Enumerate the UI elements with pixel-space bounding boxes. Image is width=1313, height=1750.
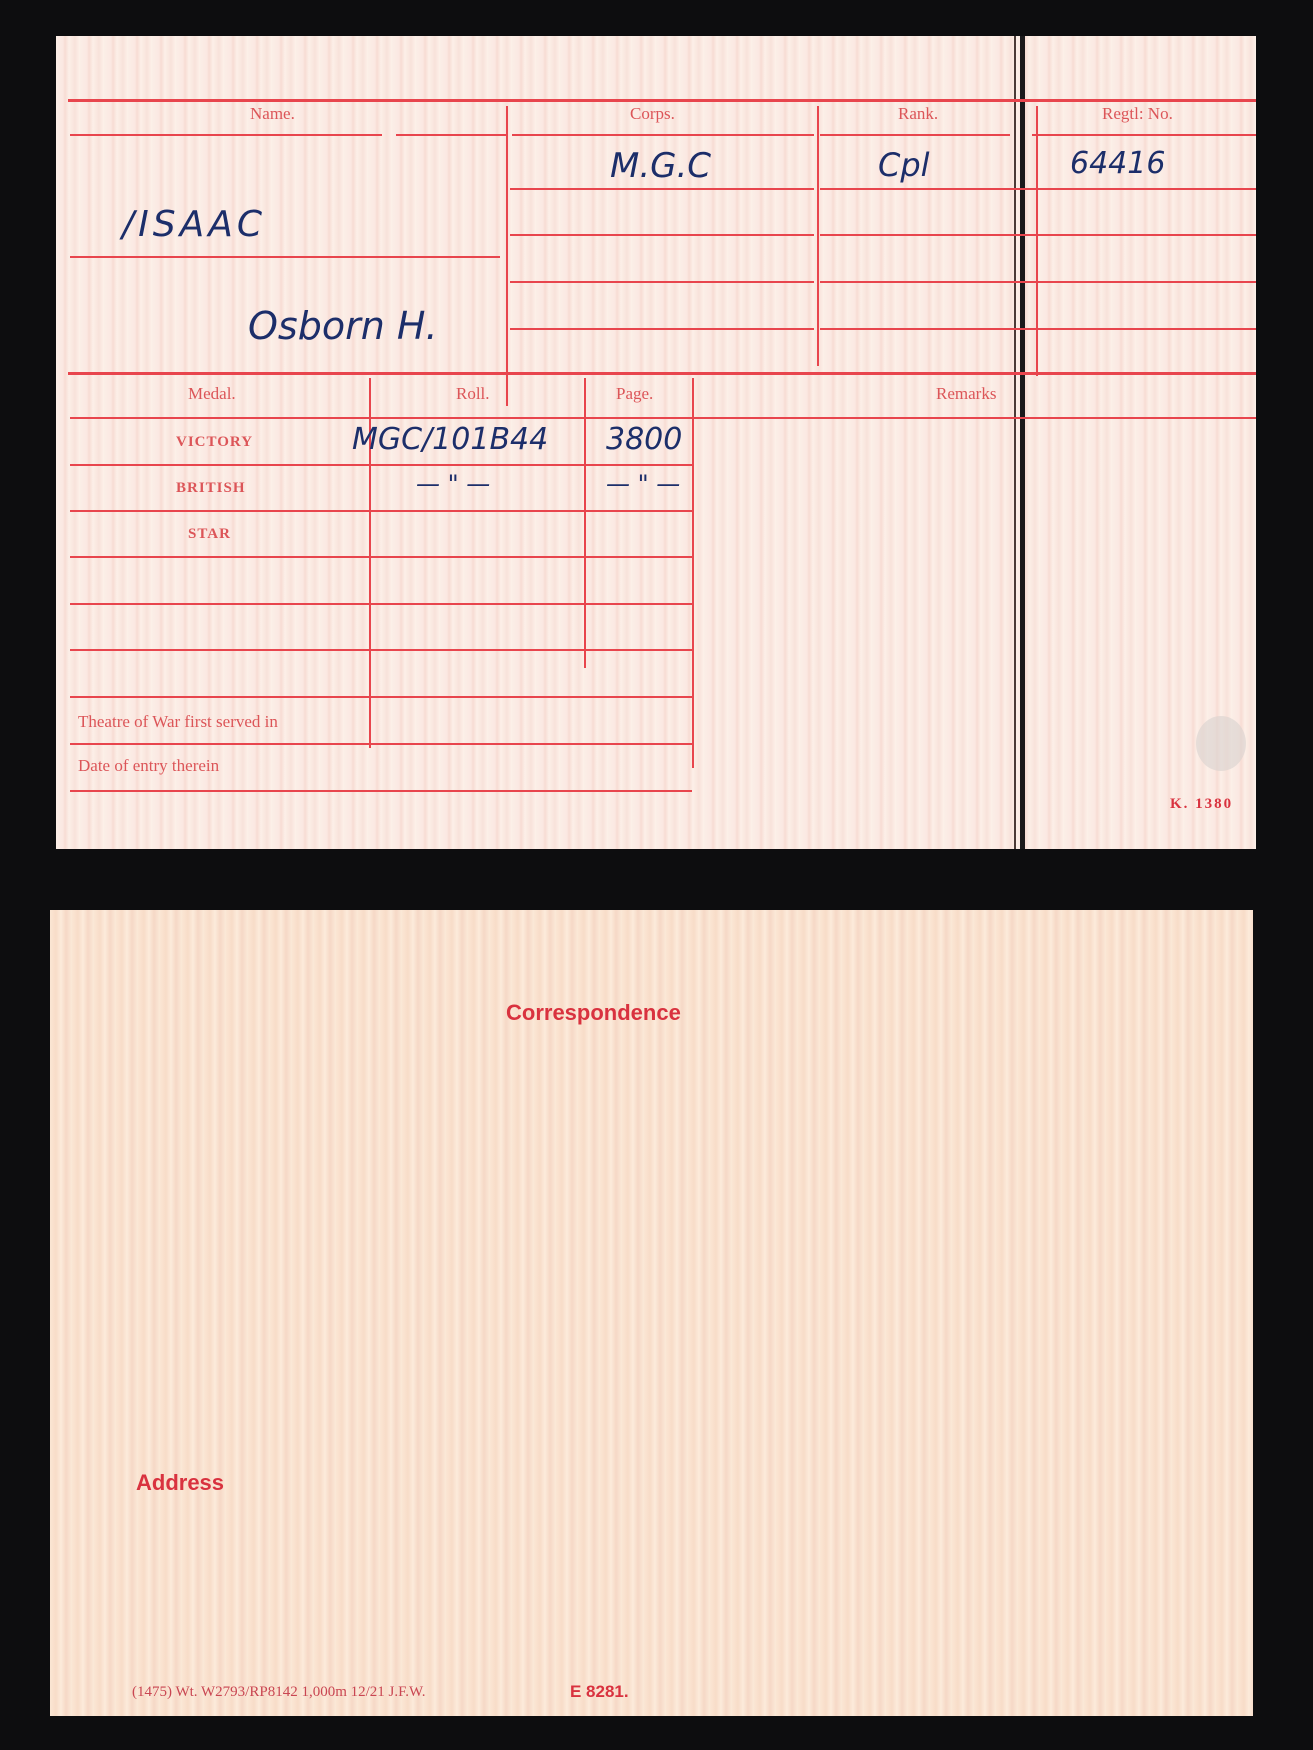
fold-shadow — [1014, 36, 1016, 849]
rule — [70, 256, 500, 258]
column-divider — [817, 106, 819, 366]
column-divider — [1036, 106, 1038, 376]
rule — [510, 188, 814, 190]
form-code: K. 1380 — [1170, 796, 1233, 813]
roll-entry-british: — " — — [416, 470, 490, 498]
rank-entry: Cpl — [878, 146, 930, 184]
medal-row-british: BRITISH — [176, 480, 246, 497]
rule — [820, 281, 1256, 283]
rule — [512, 134, 814, 136]
stain-mark — [1196, 716, 1246, 771]
rule — [70, 743, 692, 745]
card-fold-line — [1020, 36, 1025, 849]
rule — [70, 464, 692, 466]
column-divider — [506, 106, 508, 406]
column-divider — [584, 378, 586, 668]
roll-entry-victory: MGC/101B44 — [352, 422, 548, 457]
rule — [510, 328, 814, 330]
remarks-header: Remarks — [936, 384, 996, 404]
page-entry-british: — " — — [606, 470, 680, 498]
rule — [510, 281, 814, 283]
printer-imprint-code: E 8281. — [570, 1682, 629, 1702]
corps-entry: M.G.C — [610, 146, 711, 186]
correspondence-heading: Correspondence — [506, 1000, 681, 1026]
rule — [70, 696, 692, 698]
header-top-rule — [68, 99, 1256, 102]
medal-section-top-rule — [68, 372, 1256, 375]
corps-header: Corps. — [630, 104, 675, 124]
regtl-no-entry: 64416 — [1070, 146, 1165, 181]
medal-header: Medal. — [188, 384, 236, 404]
rule — [820, 134, 1010, 136]
address-label: Address — [136, 1470, 224, 1496]
printer-imprint: (1475) Wt. W2793/RP8142 1,000m 12/21 J.F… — [132, 1684, 426, 1701]
roll-header: Roll. — [456, 384, 490, 404]
name-header: Name. — [250, 104, 295, 124]
rank-header: Rank. — [898, 104, 938, 124]
column-divider — [692, 378, 694, 768]
surname-entry: /ISAAC — [122, 204, 266, 245]
rule — [396, 134, 506, 136]
regtl-no-header: Regtl: No. — [1102, 104, 1173, 124]
page-header: Page. — [616, 384, 653, 404]
rule — [820, 328, 1256, 330]
forenames-entry: Osborn H. — [248, 304, 438, 348]
rule — [70, 603, 692, 605]
medal-index-card-front: Name. Corps. Rank. Regtl: No. /ISAAC Osb… — [56, 36, 1256, 849]
rule — [70, 556, 692, 558]
rule — [820, 234, 1256, 236]
rule — [70, 649, 692, 651]
theatre-of-war-label: Theatre of War first served in — [78, 712, 278, 732]
rule — [820, 188, 1256, 190]
date-of-entry-label: Date of entry therein — [78, 756, 219, 776]
rule — [1032, 134, 1256, 136]
medal-index-card-back: Correspondence Address (1475) Wt. W2793/… — [50, 910, 1253, 1716]
page-entry-victory: 3800 — [606, 422, 682, 457]
rule — [510, 234, 814, 236]
rule — [70, 510, 692, 512]
rule — [70, 790, 692, 792]
medal-row-victory: VICTORY — [176, 434, 253, 451]
rule — [70, 134, 382, 136]
medal-row-star: STAR — [188, 526, 231, 543]
rule — [70, 417, 1256, 419]
